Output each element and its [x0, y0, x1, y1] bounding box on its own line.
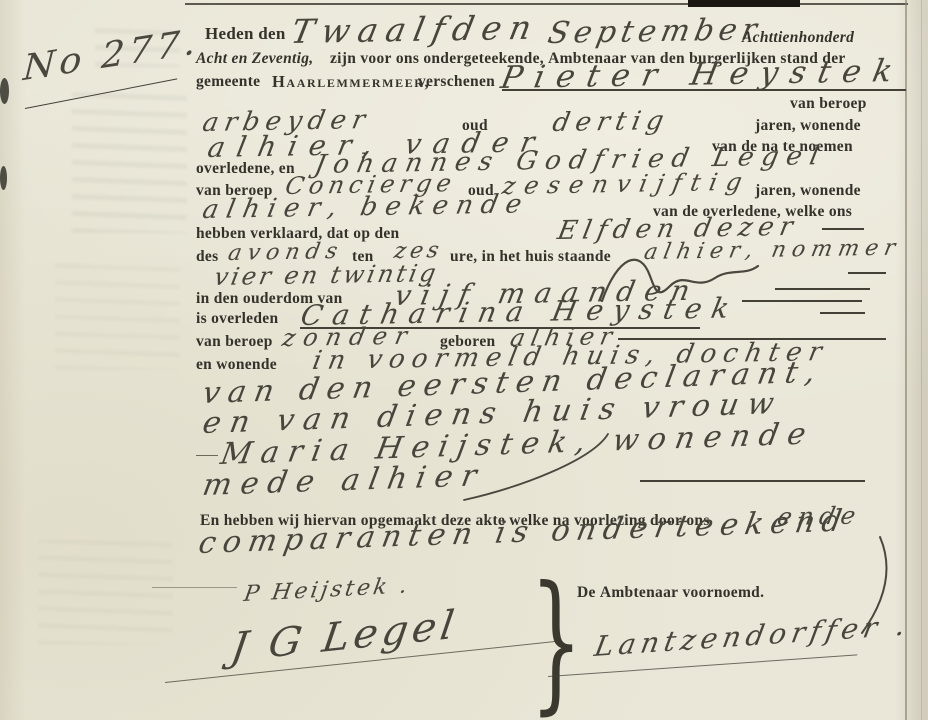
printed-overledene-en: overledene, en [196, 160, 295, 178]
printed-is-overleden: is overleden [196, 310, 278, 328]
printed-achttienhonderd: Achttienhonderd [742, 29, 854, 47]
printed-jaren-wonende: jaren, wonende [755, 117, 861, 135]
fill-dash [196, 455, 218, 456]
signature-brace: } [530, 572, 582, 712]
flourish-line [152, 587, 237, 588]
printed-en-wonende: en wonende [196, 356, 277, 374]
handwritten-age1: dertig [550, 106, 672, 138]
top-heavy-bar [688, 0, 800, 7]
printed-year-words: Acht en Zeventig, [196, 50, 313, 68]
printed-ure-huis: ure, in het huis staande [450, 248, 611, 266]
fill-dash [848, 272, 886, 274]
signature-official: Lantzendorffer . [592, 608, 913, 663]
fill-rule [640, 480, 865, 482]
printed-gemeente-name: Haarlemmermeer, [272, 72, 430, 92]
signature-declarant1: P Heijstek . [242, 573, 412, 607]
fill-dash [742, 300, 862, 302]
signature-declarant2: J G Legel [228, 602, 461, 671]
death-record-page: No 277. Heden den Twaalfden September Ac… [0, 0, 928, 720]
handwritten-day: Twaalfden [288, 8, 543, 51]
bleed-through-text [72, 88, 187, 233]
fill-dash [822, 228, 864, 230]
printed-heden-den: Heden den [205, 24, 286, 44]
handwritten-residence2: alhier, bekende [200, 189, 532, 225]
printed-gemeente: gemeente [196, 73, 260, 91]
printed-official-label: De Ambtenaar voornoemd. [577, 584, 764, 602]
printed-des: des [196, 248, 218, 266]
fill-rule [502, 89, 906, 91]
handwritten-month: September [545, 12, 765, 51]
page-edge-rule [921, 0, 922, 720]
printed-van-beroep: van beroep [196, 333, 273, 351]
bleed-through-text [55, 255, 180, 370]
printed-van-beroep: van beroep [790, 95, 867, 113]
printed-verschenen: verschenen [418, 73, 495, 91]
ink-smudge [0, 166, 7, 190]
fill-dash [820, 312, 865, 314]
printed-jaren-wonende: jaren, wonende [755, 182, 861, 200]
ink-smudge [0, 78, 9, 104]
handwritten-age2: zesenvijftig [500, 168, 753, 200]
fill-dash [775, 288, 870, 290]
bleed-through-text [38, 540, 173, 645]
pen-flourish [462, 432, 612, 509]
